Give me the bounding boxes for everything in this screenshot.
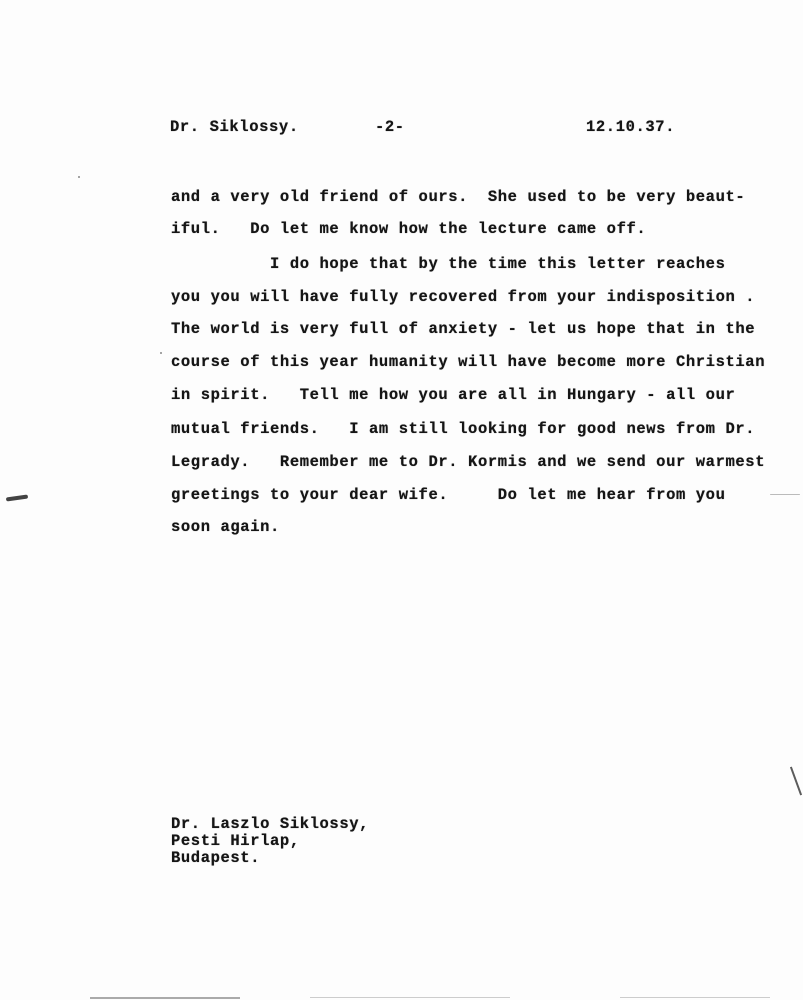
body-line: you you will have fully recovered from y…	[171, 288, 755, 306]
body-line: in spirit. Tell me how you are all in Hu…	[171, 386, 735, 404]
scan-mark	[6, 494, 28, 501]
scan-speck	[78, 176, 80, 178]
scan-edge-line	[90, 997, 240, 999]
body-line: Legrady. Remember me to Dr. Kormis and w…	[171, 453, 765, 471]
address-line: Pesti Hirlap,	[171, 833, 300, 850]
body-line: soon again.	[171, 518, 280, 536]
body-line: mutual friends. I am still looking for g…	[171, 420, 755, 438]
scan-mark	[790, 767, 802, 796]
letter-date: 12.10.37.	[586, 118, 675, 136]
scan-speck	[160, 352, 162, 354]
letter-page: Dr. Siklossy. -2- 12.10.37. and a very o…	[0, 0, 803, 1000]
scan-speck	[770, 494, 800, 495]
body-line: The world is very full of anxiety - let …	[171, 320, 755, 338]
header-recipient: Dr. Siklossy.	[170, 118, 299, 136]
address-line: Dr. Laszlo Siklossy,	[171, 816, 369, 833]
body-line: greetings to your dear wife. Do let me h…	[171, 486, 725, 504]
scan-edge-line	[620, 997, 770, 998]
page-number: -2-	[375, 118, 405, 136]
address-line: Budapest.	[171, 850, 260, 867]
scan-edge-line	[310, 997, 510, 998]
body-line: iful. Do let me know how the lecture cam…	[171, 220, 646, 238]
body-line: course of this year humanity will have b…	[171, 353, 765, 371]
body-line: and a very old friend of ours. She used …	[171, 188, 745, 206]
body-line: I do hope that by the time this letter r…	[171, 255, 725, 273]
